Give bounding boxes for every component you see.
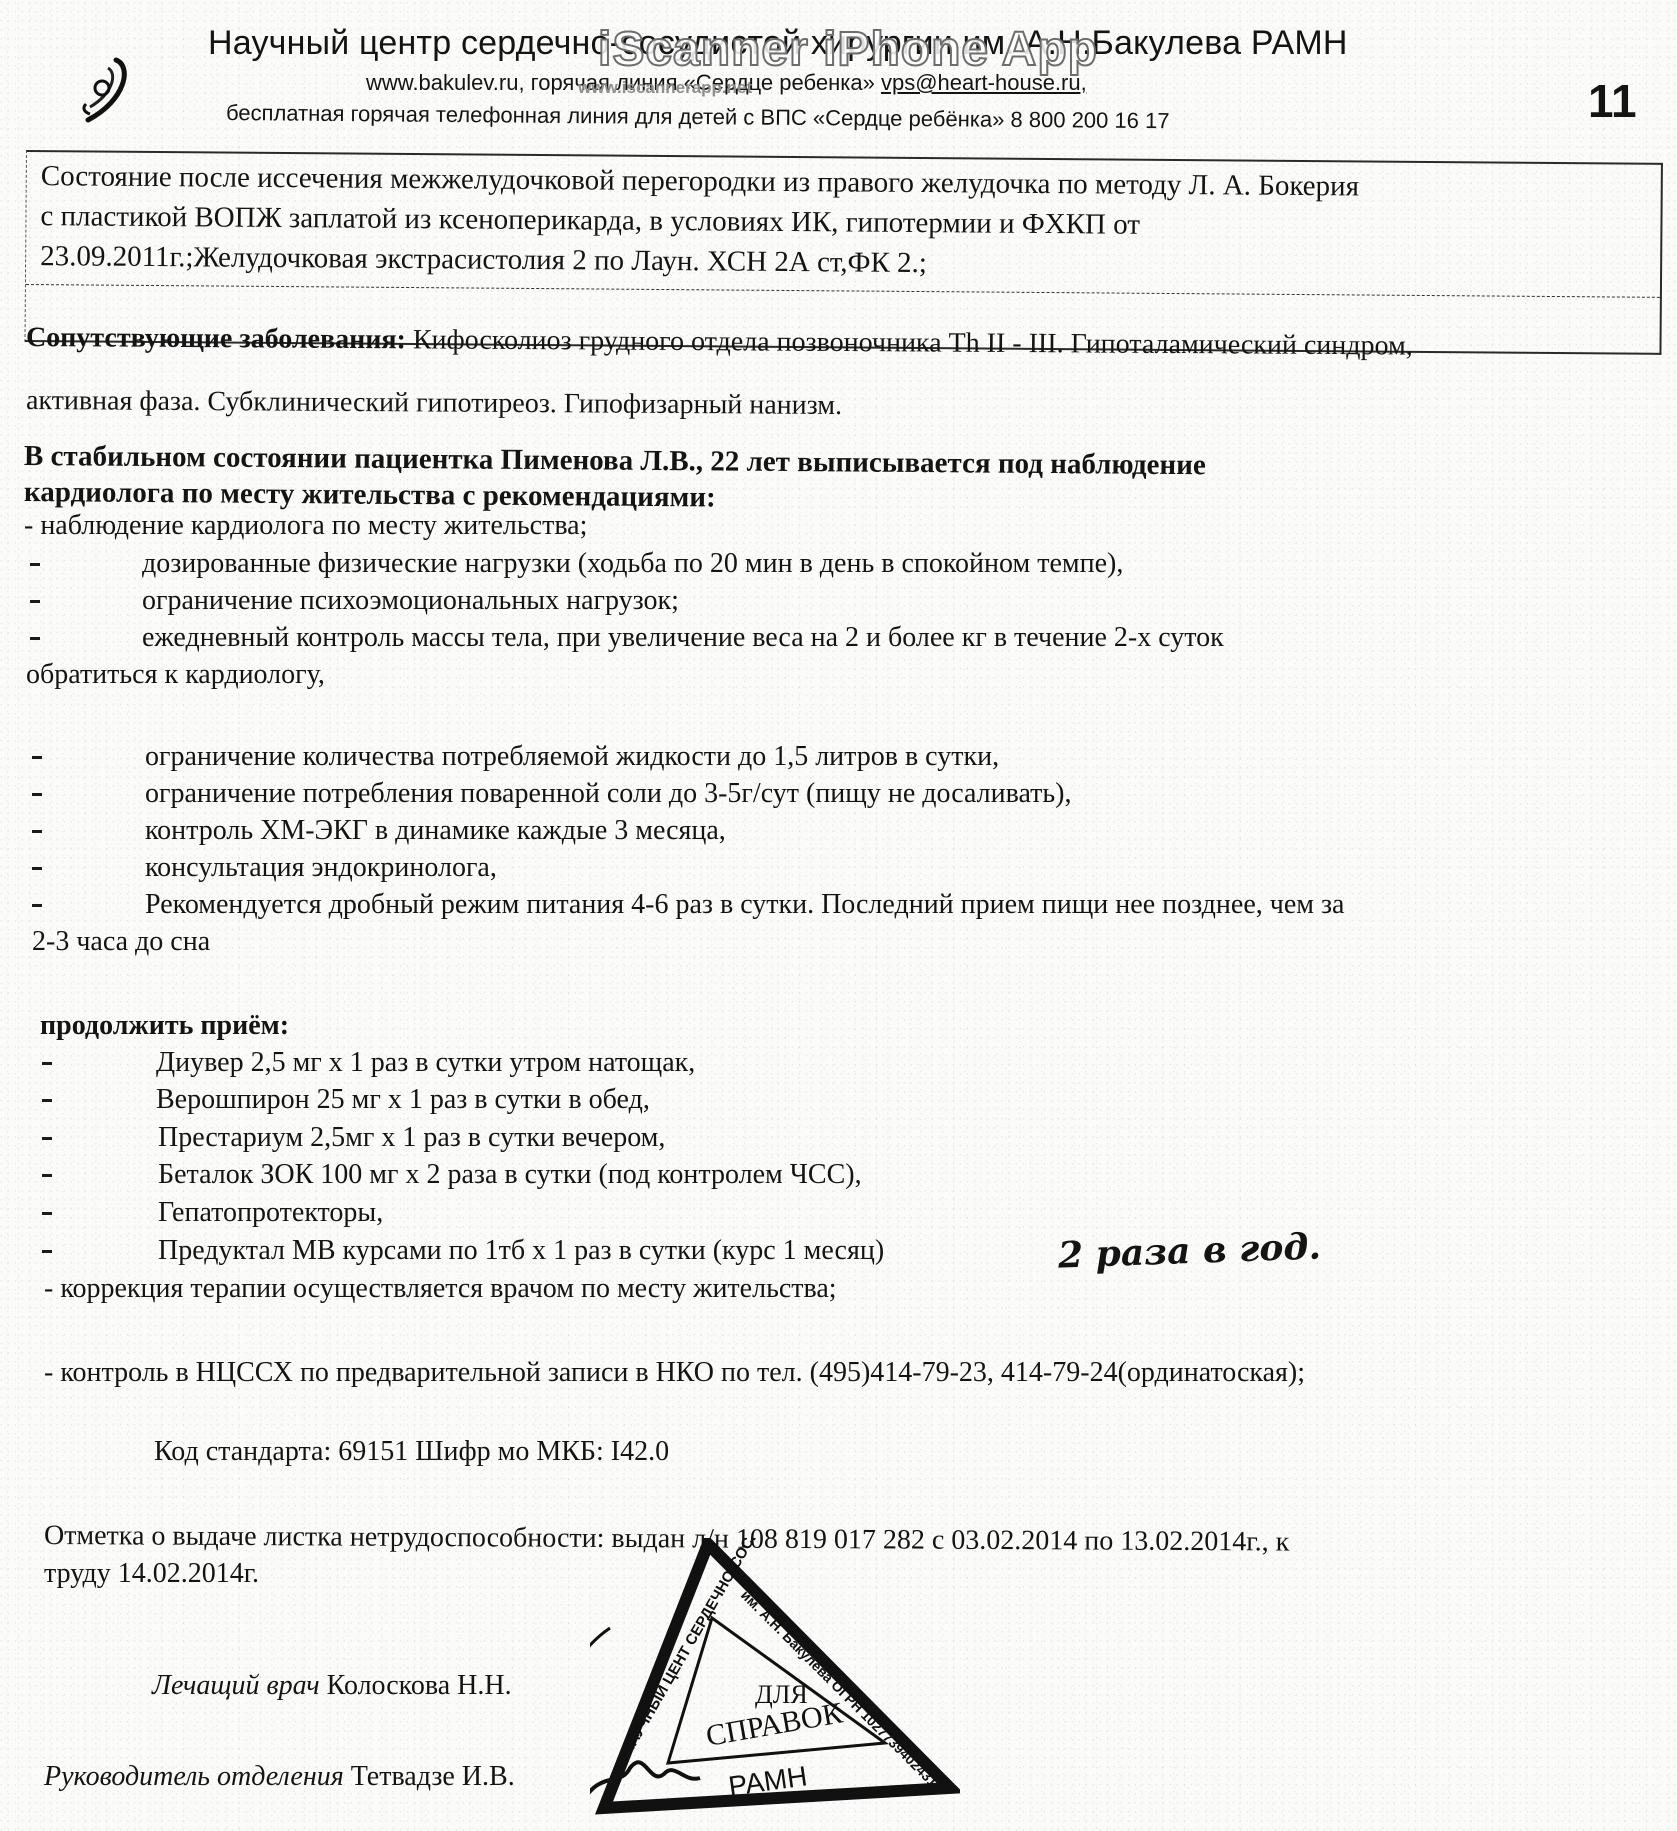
heart-center-logo-icon (68, 52, 138, 127)
website-link[interactable]: www.bakulev.ru (366, 70, 518, 95)
list-dash-icon (42, 1062, 52, 1065)
medication-item: Верошпирон 25 мг х 1 раз в сутки в обед, (156, 1084, 650, 1116)
medication-item: Беталок ЗОК 100 мг х 2 раза в сутки (под… (158, 1159, 862, 1191)
comorbidities-label: Сопутствующие заболевания: (26, 322, 406, 355)
scanner-watermark: iScanner iPhone App (598, 22, 1098, 77)
page-number: 11 (1588, 74, 1637, 128)
recommendation-item: контроль ХМ-ЭКГ в динамике каждые 3 меся… (145, 815, 726, 847)
follow-up-control-note: - контроль в НЦССХ по предварительной за… (44, 1357, 1305, 1389)
list-dash-icon (42, 1250, 52, 1253)
medication-item: Престариум 2,5мг х 1 раз в сутки вечером… (158, 1122, 665, 1154)
triangular-stamp-icon: ДЛЯ СПРАВОК РАМН НАУЧНЫЙ ЦЕНТ СЕРДЕЧНО-С… (590, 1538, 960, 1818)
medication-item: Диувер 2,5 мг х 1 раз в сутки утром нато… (156, 1047, 695, 1079)
free-hotline-text: бесплатная горячая телефонная линия для … (226, 100, 1170, 134)
list-dash-icon (30, 563, 40, 566)
list-dash-icon (32, 867, 42, 870)
department-head-signature-line: Руководитель отделения Тетвадзе И.В. (44, 1761, 515, 1793)
scanner-watermark-url: www.iscannerapp.net (578, 78, 752, 98)
recommendation-item: ежедневный контроль массы тела, при увел… (142, 622, 1224, 654)
list-dash-icon (42, 1137, 52, 1140)
recommendation-item: - наблюдение кардиолога по месту жительс… (24, 510, 587, 542)
list-dash-icon (30, 637, 40, 640)
scanned-document-page: Научный центр сердечно-сосудистой хирург… (0, 0, 1677, 1831)
attending-physician-name: Колоскова Н.Н. (320, 1670, 512, 1701)
recommendation-item: Рекомендуется дробный режим питания 4-6 … (145, 889, 1344, 921)
recommendation-item: ограничение психоэмоциональных нагрузок; (142, 585, 679, 617)
diagnosis-divider (26, 284, 1660, 298)
handwritten-note: 2 раза в год. (1057, 1225, 1321, 1276)
list-dash-icon (42, 1099, 52, 1102)
attending-physician-signature-line: Лечащий врач Колоскова Н.Н. (152, 1670, 512, 1702)
medication-item: Гепатопротекторы, (158, 1197, 383, 1229)
list-dash-icon (42, 1174, 52, 1177)
medications-heading: продолжить приём: (40, 1010, 289, 1042)
attending-physician-role: Лечащий врач (152, 1670, 320, 1701)
therapy-correction-note: - коррекция терапии осуществляется врачо… (44, 1273, 837, 1305)
diagnosis-text: Состояние после иссечения межжелудочково… (40, 156, 1359, 286)
list-dash-icon (32, 793, 42, 796)
recommendation-continuation: обратиться к кардиологу, (26, 659, 325, 691)
medication-item: Предуктал МВ курсами по 1тб х 1 раз в су… (158, 1235, 884, 1267)
list-dash-icon (32, 830, 42, 833)
recommendation-item: ограничение потребления поваренной соли … (145, 778, 1072, 810)
list-dash-icon (30, 600, 40, 603)
recommendation-item: дозированные физические нагрузки (ходьба… (142, 548, 1123, 580)
discharge-statement-line-2: кардиолога по месту жительства с рекомен… (24, 476, 716, 514)
standard-and-icd-codes: Код стандарта: 69151 Шифр мо МКБ: I42.0 (154, 1436, 669, 1468)
list-dash-icon (32, 904, 42, 907)
list-dash-icon (42, 1212, 52, 1215)
recommendation-continuation: 2-3 часа до сна (32, 926, 210, 958)
recommendation-item: консультация эндокринолога, (145, 852, 497, 884)
department-head-name: Тетвадзе И.В. (344, 1761, 515, 1792)
department-head-role: Руководитель отделения (44, 1761, 344, 1792)
recommendation-item: ограничение количества потребляемой жидк… (145, 741, 999, 773)
list-dash-icon (32, 756, 42, 759)
sick-leave-line-2: труду 14.02.2014г. (44, 1558, 259, 1590)
discharge-statement-line-1: В стабильном состоянии пациентка Пименов… (24, 440, 1206, 482)
comorbidities-line-2: активная фаза. Субклинический гипотиреоз… (26, 385, 842, 422)
